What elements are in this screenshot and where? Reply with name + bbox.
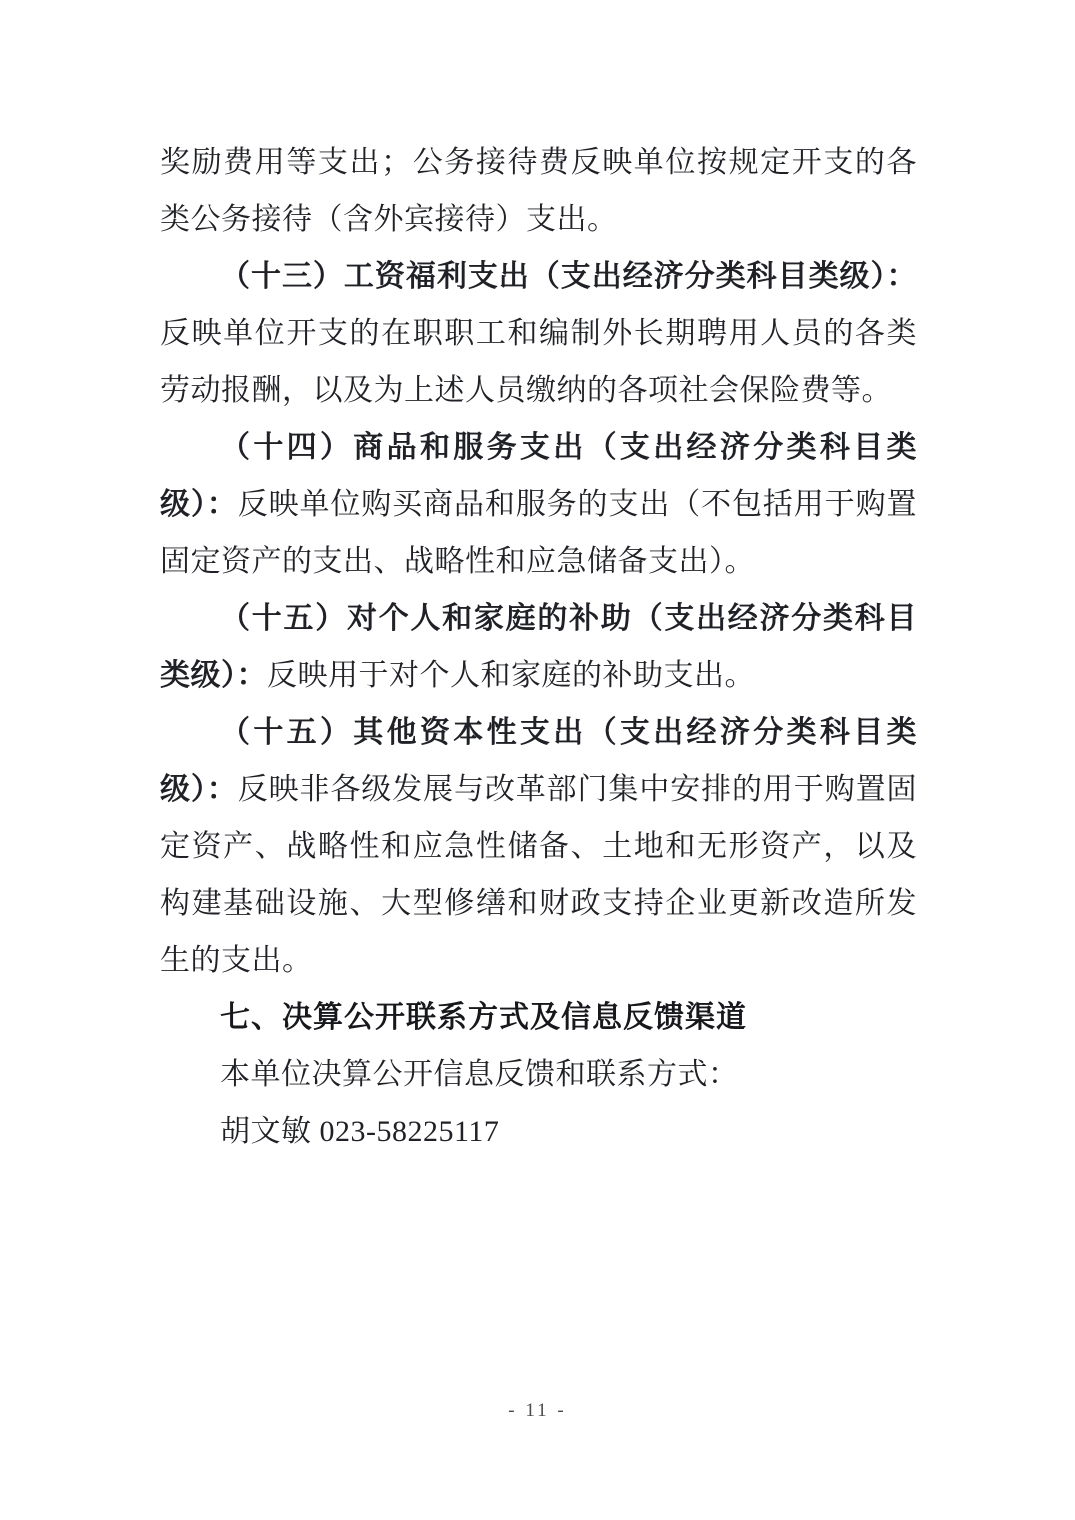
paragraph-item-15a: （十五）对个人和家庭的补助（支出经济分类科目类级）：反映用于对个人和家庭的补助支… [160, 590, 917, 704]
document-page: 奖励费用等支出；公务接待费反映单位按规定开支的各类公务接待（含外宾接待）支出。 … [0, 0, 1075, 1520]
paragraph-item-15b: （十五）其他资本性支出（支出经济分类科目类级）：反映非各级发展与改革部门集中安排… [160, 704, 917, 989]
contact-intro-text: 本单位决算公开信息反馈和联系方式： [220, 1058, 739, 1091]
paragraph-contact-intro: 本单位决算公开信息反馈和联系方式： [160, 1046, 917, 1103]
paragraph-contact-line: 胡文敏 023-58225117 [160, 1103, 917, 1160]
paragraph-item-14: （十四）商品和服务支出（支出经济分类科目类级）：反映单位购买商品和服务的支出（不… [160, 419, 917, 590]
section-heading: 七、决算公开联系方式及信息反馈渠道 [160, 989, 917, 1046]
paragraph-text: 反映单位开支的在职职工和编制外长期聘用人员的各类劳动报酬，以及为上述人员缴纳的各… [160, 317, 917, 407]
paragraph-text: 反映非各级发展与改革部门集中安排的用于购置固定资产、战略性和应急性储备、土地和无… [160, 773, 917, 977]
paragraph-text: 反映单位购买商品和服务的支出（不包括用于购置固定资产的支出、战略性和应急储备支出… [160, 488, 917, 578]
paragraph-continuation: 奖励费用等支出；公务接待费反映单位按规定开支的各类公务接待（含外宾接待）支出。 [160, 134, 917, 248]
document-body: 奖励费用等支出；公务接待费反映单位按规定开支的各类公务接待（含外宾接待）支出。 … [160, 134, 917, 1160]
paragraph-item-13: （十三）工资福利支出（支出经济分类科目类级）：反映单位开支的在职职工和编制外长期… [160, 248, 917, 419]
paragraph-text: 奖励费用等支出；公务接待费反映单位按规定开支的各类公务接待（含外宾接待）支出。 [160, 146, 917, 236]
paragraph-text: 反映用于对个人和家庭的补助支出。 [267, 659, 755, 692]
paragraph-lead: （十三）工资福利支出（支出经济分类科目类级）： [220, 260, 917, 293]
page-number: - 11 - [0, 1398, 1075, 1424]
contact-name-and-phone: 胡文敏 023-58225117 [220, 1115, 499, 1148]
